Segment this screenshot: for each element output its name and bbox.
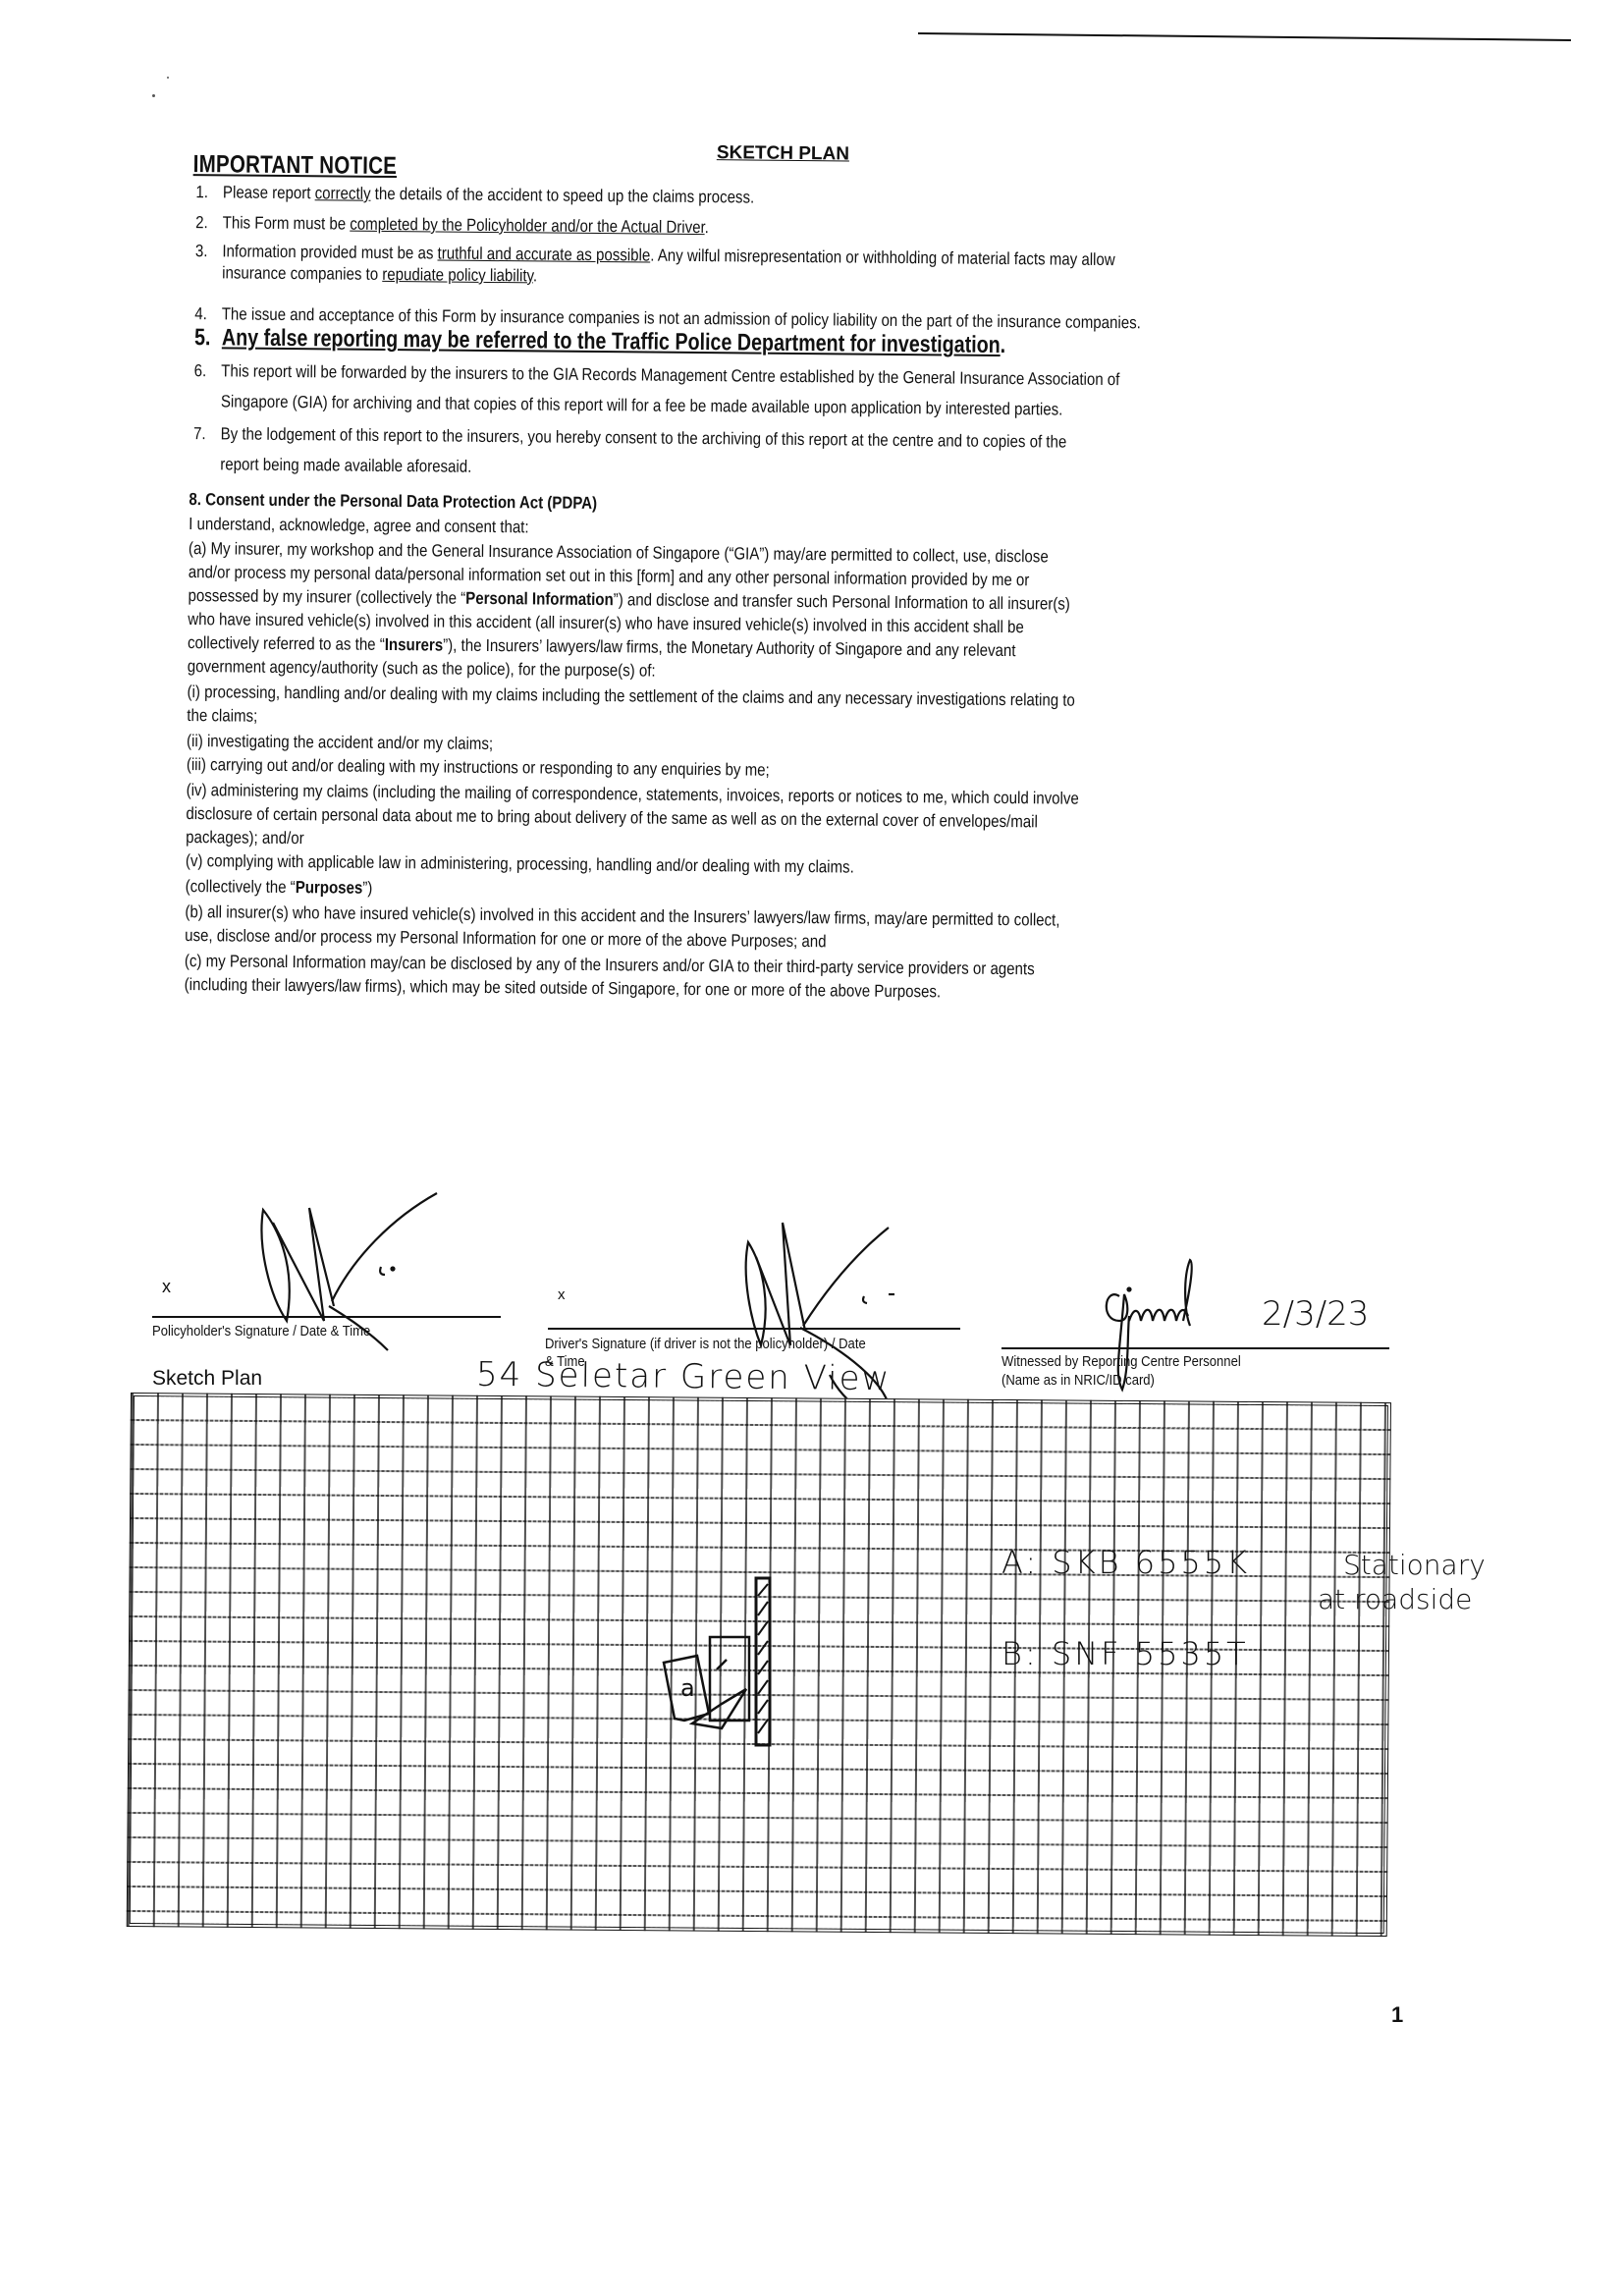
roadside-barrier-drawing [756, 1578, 770, 1745]
vehicle-b-drawing [664, 1656, 746, 1728]
vehicle-a-plate-handwritten: A: SKB 6555K [1001, 1544, 1250, 1581]
vehicle-a-marker: a [680, 1674, 695, 1702]
accident-sketch: a [0, 0, 1624, 2296]
vehicle-a-status-line2: at roadside [1318, 1583, 1472, 1615]
page-number: 1 [1391, 2002, 1403, 2028]
vehicle-b-plate-handwritten: B: SNF 5535T [1001, 1635, 1249, 1672]
vehicle-a-status-line1: Stationary [1343, 1549, 1486, 1581]
document-page: SKETCH PLAN IMPORTANT NOTICE 1.Please re… [0, 0, 1624, 2296]
